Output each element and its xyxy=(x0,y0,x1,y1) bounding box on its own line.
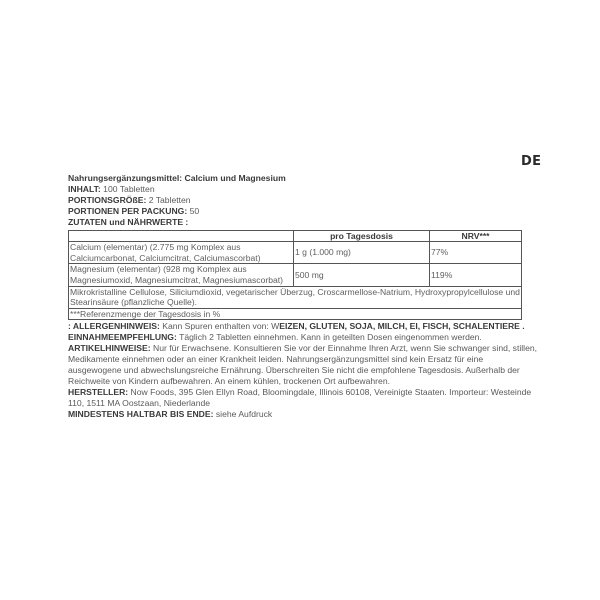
article-notes-label: ARTIKELHINWEISE: xyxy=(68,343,151,353)
product-label-document: Nahrungsergänzungsmittel: Calcium und Ma… xyxy=(68,173,538,419)
content-field: INHALT: 100 Tabletten xyxy=(68,184,538,195)
servings-per-pack-field: PORTIONEN PER PACKUNG: 50 xyxy=(68,206,538,217)
table-row: Magnesium (elementar) (928 mg Komplex au… xyxy=(69,264,522,286)
allergen-text: Kann Spuren enthalten von: W xyxy=(160,321,279,331)
product-name: Nahrungsergänzungsmittel: Calcium und Ma… xyxy=(68,173,538,184)
field-label: PORTIONSGRÖßE: xyxy=(68,195,146,205)
best-before-text: siehe Aufdruck xyxy=(213,409,272,419)
table-header-row: pro Tagesdosis NRV*** xyxy=(69,230,522,242)
column-header: pro Tagesdosis xyxy=(294,230,430,242)
allergen-and-usage-notes: : ALLERGENHINWEIS: Kann Spuren enthalten… xyxy=(68,321,538,386)
manufacturer-text: Now Foods, 395 Glen Ellyn Road, Blooming… xyxy=(68,387,531,408)
nutrient-name: Calcium (elementar) (2.775 mg Komplex au… xyxy=(69,242,294,264)
field-label: INHALT: xyxy=(68,184,101,194)
nutrient-name: Magnesium (elementar) (928 mg Komplex au… xyxy=(69,264,294,286)
field-label: PORTIONEN PER PACKUNG: xyxy=(68,206,187,216)
allergen-list: EIZEN, GLUTEN, SOJA, MILCH, EI, FISCH, S… xyxy=(279,321,520,331)
nutrition-table: pro Tagesdosis NRV*** Calcium (elementar… xyxy=(68,230,522,321)
nutrient-dose: 1 g (1.000 mg) xyxy=(294,242,430,264)
manufacturer-label: HERSTELLER: xyxy=(68,387,128,397)
language-badge: DE xyxy=(521,154,541,169)
serving-size-field: PORTIONSGRÖßE: 2 Tabletten xyxy=(68,195,538,206)
nutrient-dose: 500 mg xyxy=(294,264,430,286)
best-before-label: MINDESTENS HALTBAR BIS ENDE: xyxy=(68,409,213,419)
nrv-footnote: ***Referenzmenge der Tagesdosis in % xyxy=(69,308,522,320)
other-ingredients-row: Mikrokristalline Cellulose, Siliciumdiox… xyxy=(69,286,522,308)
product-notes: : ALLERGENHINWEIS: Kann Spuren enthalten… xyxy=(68,321,538,419)
best-before-info: MINDESTENS HALTBAR BIS ENDE: siehe Aufdr… xyxy=(68,409,538,420)
nutrient-nrv: 119% xyxy=(430,264,522,286)
manufacturer-info: HERSTELLER: Now Foods, 395 Glen Ellyn Ro… xyxy=(68,387,538,409)
column-header xyxy=(69,230,294,242)
allergen-label: : ALLERGENHINWEIS: xyxy=(68,321,160,331)
intake-text: Täglich 2 Tabletten einnehmen. Kann in g… xyxy=(177,332,482,342)
table-row: Calcium (elementar) (2.775 mg Komplex au… xyxy=(69,242,522,264)
ingredients-heading: ZUTATEN und NÄHRWERTE : xyxy=(68,217,538,228)
other-ingredients: Mikrokristalline Cellulose, Siliciumdiox… xyxy=(69,286,522,308)
nutrient-nrv: 77% xyxy=(430,242,522,264)
field-value: 100 Tabletten xyxy=(101,184,155,194)
field-value: 50 xyxy=(187,206,199,216)
footnote-row: ***Referenzmenge der Tagesdosis in % xyxy=(69,308,522,320)
field-value: 2 Tabletten xyxy=(146,195,190,205)
column-header: NRV*** xyxy=(430,230,522,242)
